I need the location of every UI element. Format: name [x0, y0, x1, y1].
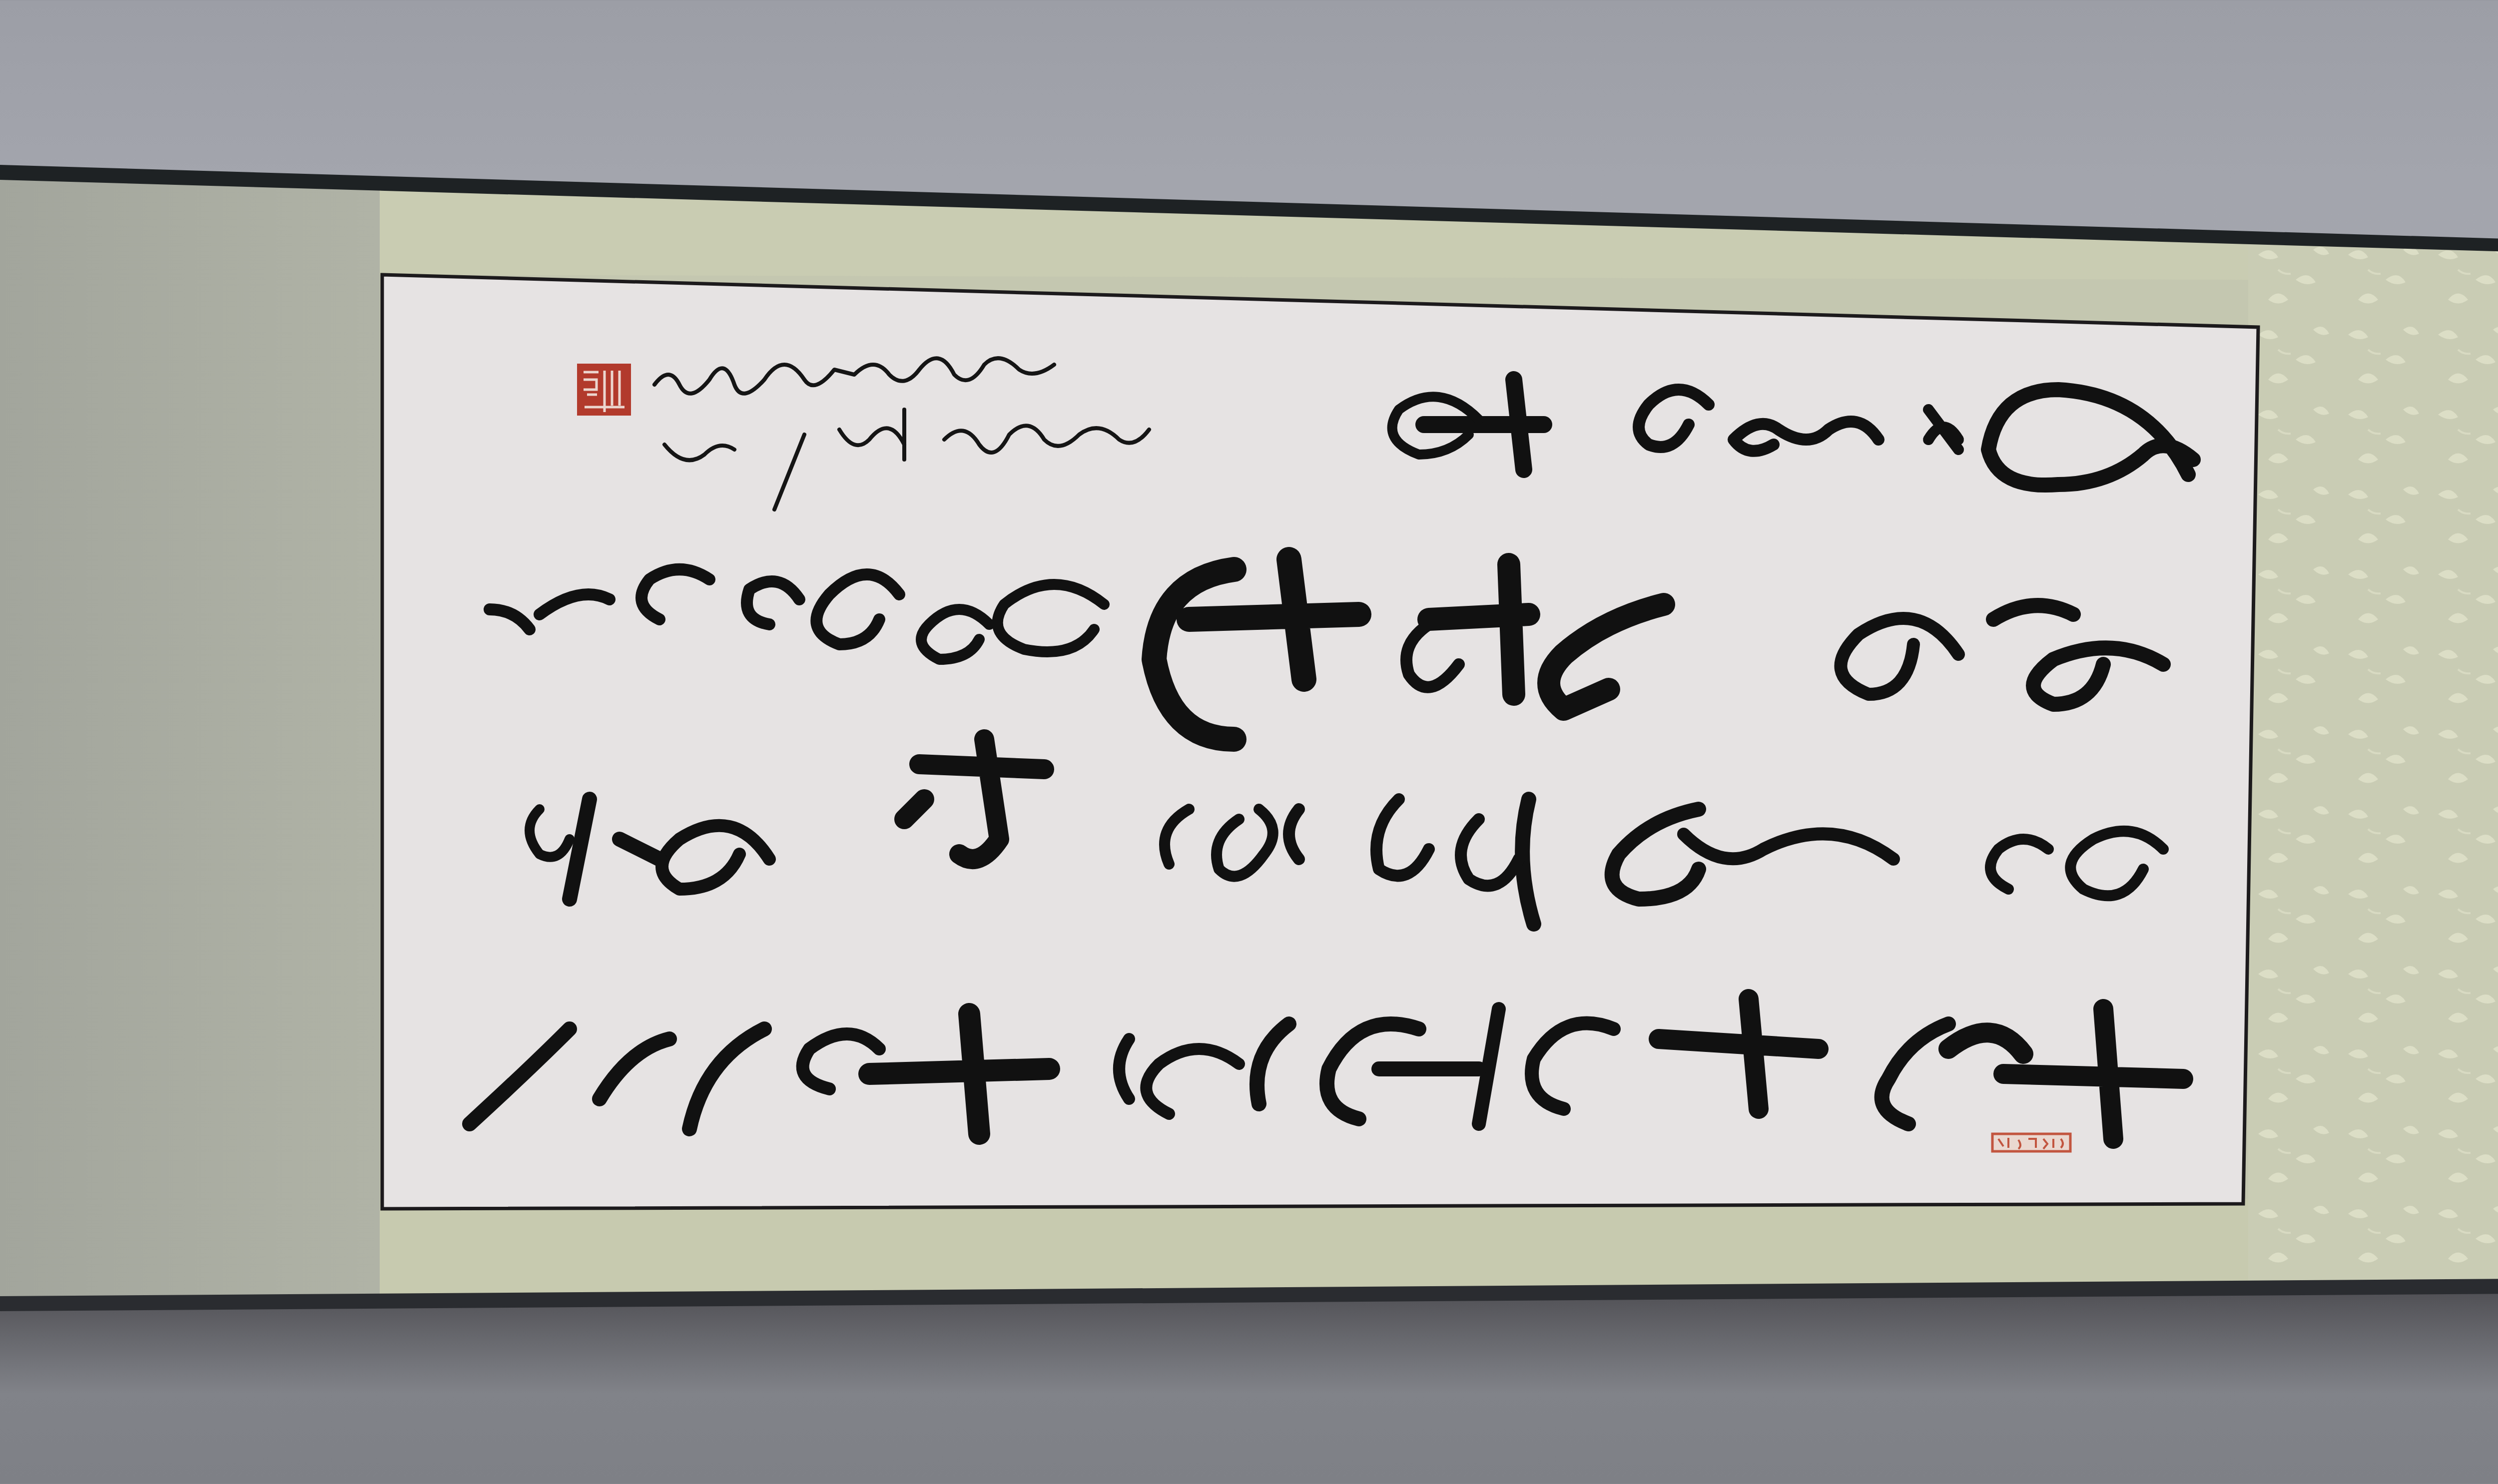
calligraphy-scroll	[0, 0, 2498, 1484]
scroll-illustration	[0, 0, 2498, 1484]
rectangular-seal	[1992, 1134, 2070, 1151]
artwork-paper	[382, 275, 2258, 1209]
square-seal	[577, 364, 631, 416]
